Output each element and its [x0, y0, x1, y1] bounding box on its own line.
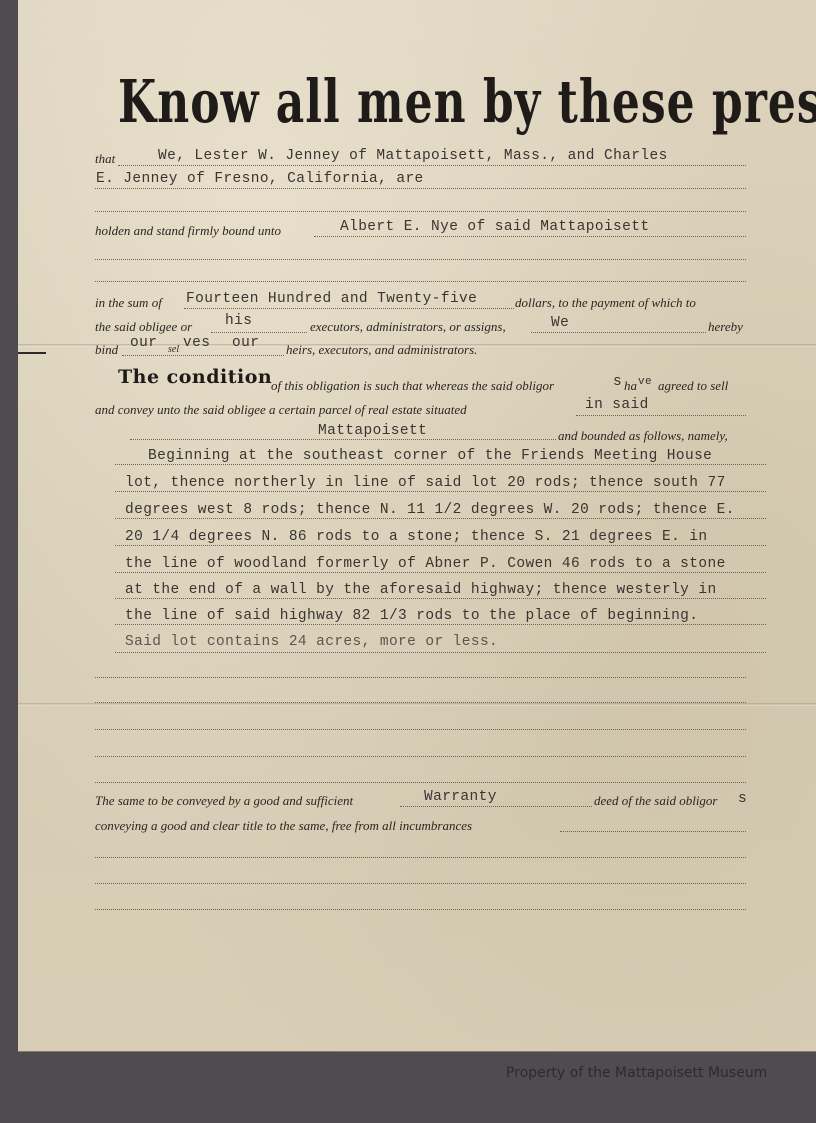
town-value: Mattapoisett: [318, 423, 427, 439]
fill-line: [95, 782, 746, 783]
label-ha: ha: [624, 378, 637, 394]
condition-text-3: and bounded as follows, namely,: [558, 428, 728, 444]
fill-line: [115, 624, 766, 625]
fill-line: [95, 702, 746, 703]
label-that: that: [95, 151, 115, 167]
fill-line: [184, 308, 514, 309]
museum-credit: Property of the Mattapoisett Museum: [506, 1065, 767, 1081]
his-value: his: [225, 313, 252, 329]
situated-value: in said: [585, 397, 649, 413]
fill-line: [95, 883, 746, 884]
document-page: Know all men by these presents that We, …: [18, 0, 816, 1051]
obligor-plural-s: s: [613, 374, 622, 390]
label-bind: bind: [95, 342, 118, 358]
label-sel: sel: [168, 344, 179, 355]
description-line: Said lot contains 24 acres, more or less…: [125, 634, 498, 650]
label-hereby: hereby: [708, 319, 743, 335]
deed-type: Warranty: [424, 789, 497, 805]
fill-line: [95, 677, 746, 678]
fill-line: [122, 355, 284, 356]
fill-line: [115, 572, 766, 573]
fill-line: [95, 281, 746, 282]
fill-line: [95, 756, 746, 757]
our-value-2: our: [232, 335, 259, 351]
obligor-plural-s: s: [738, 791, 747, 807]
parties-line-2: E. Jenney of Fresno, California, are: [96, 171, 424, 187]
our-value-1: our: [130, 335, 157, 351]
label-bound-unto: holden and stand firmly bound unto: [95, 223, 281, 239]
condition-heading: The condition: [118, 366, 272, 388]
fill-line: [95, 857, 746, 858]
fill-line: [95, 909, 746, 910]
document-title: Know all men by these presents: [118, 68, 748, 137]
description-line: at the end of a wall by the aforesaid hi…: [125, 582, 717, 598]
fill-line: [95, 259, 746, 260]
fill-line: [115, 464, 766, 465]
fill-line: [95, 211, 746, 212]
we-value: We: [551, 315, 569, 331]
label-executors: executors, administrators, or assigns,: [310, 319, 506, 335]
edge-mark: [18, 352, 46, 354]
fill-line: [115, 491, 766, 492]
description-line: 20 1/4 degrees N. 86 rods to a stone; th…: [125, 529, 708, 545]
fill-line: [560, 831, 746, 832]
label-obligee: the said obligee or: [95, 319, 192, 335]
description-line: the line of said highway 82 1/3 rods to …: [125, 608, 698, 624]
label-heirs: heirs, executors, and administrators.: [286, 342, 477, 358]
description-line: degrees west 8 rods; thence N. 11 1/2 de…: [125, 502, 735, 518]
fill-line: [115, 518, 766, 519]
fill-line: [115, 598, 766, 599]
ve-value: ve: [638, 376, 652, 388]
description-line: the line of woodland formerly of Abner P…: [125, 556, 726, 572]
parties-line-1: We, Lester W. Jenney of Mattapoisett, Ma…: [158, 148, 668, 164]
fill-line: [118, 165, 746, 166]
condition-text-1: of this obligation is such that whereas …: [271, 378, 554, 394]
label-agreed: agreed to sell: [658, 378, 728, 394]
label-sum: in the sum of: [95, 295, 162, 311]
conveyance-text-3: conveying a good and clear title to the …: [95, 818, 472, 834]
fill-line: [130, 439, 556, 440]
description-line: lot, thence northerly in line of said lo…: [125, 475, 726, 491]
obligee-name: Albert E. Nye of said Mattapoisett: [340, 219, 649, 235]
conveyance-text-2: deed of the said obligor: [594, 793, 718, 809]
ves-value: ves: [183, 335, 210, 351]
fill-line: [115, 652, 766, 653]
fill-line: [95, 729, 746, 730]
fill-line: [400, 806, 592, 807]
fill-line: [95, 188, 746, 189]
fill-line: [531, 332, 706, 333]
paper-fold: [18, 703, 816, 706]
fill-line: [211, 332, 307, 333]
fill-line: [576, 415, 746, 416]
fill-line: [115, 545, 766, 546]
description-line: Beginning at the southeast corner of the…: [148, 448, 712, 464]
label-dollars: dollars, to the payment of which to: [515, 295, 696, 311]
sum-amount: Fourteen Hundred and Twenty-five: [186, 291, 477, 307]
condition-text-2: and convey unto the said obligee a certa…: [95, 402, 467, 418]
fill-line: [314, 236, 746, 237]
conveyance-text-1: The same to be conveyed by a good and su…: [95, 793, 353, 809]
